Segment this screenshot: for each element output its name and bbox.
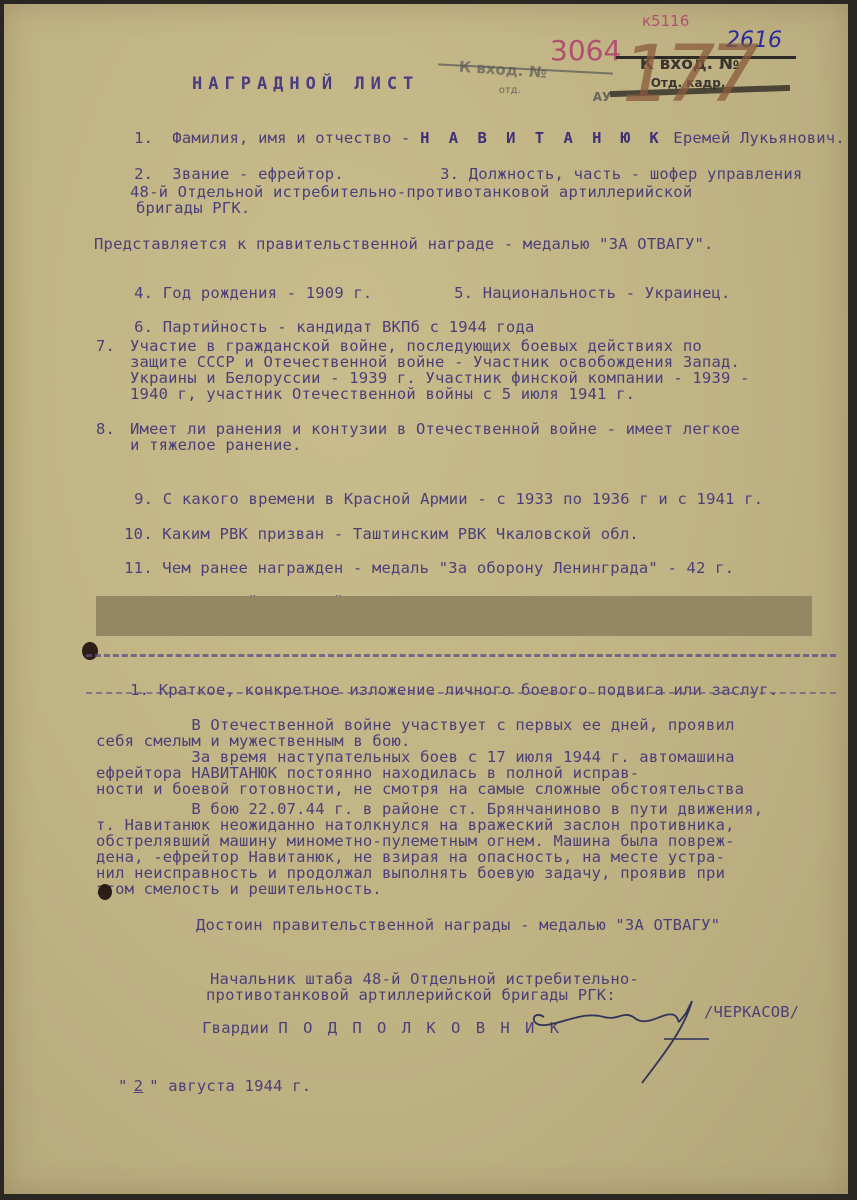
worthy-line: Достоин правительственной награды - меда… (196, 917, 720, 933)
narrative-line: За время наступательных боев с 17 июля 1… (96, 749, 735, 765)
item-8-num: 8. (96, 421, 115, 437)
presented-line: Представляется к правительственной награ… (94, 236, 714, 252)
narrative-line: т. Навитанюк неожиданно натолкнулся на в… (96, 817, 735, 833)
narrative-line: себя смелым и мужественным в бою. (96, 733, 411, 749)
narrative-line: В Отечественной войне участвует с первых… (96, 717, 735, 733)
section-heading: 1. Краткое, конкретное изложение личного… (92, 666, 778, 714)
redacted-address-block (96, 596, 812, 636)
rank-line: Гвардии П О Д П О Л К О В Н И К (164, 1004, 562, 1052)
page-title: НАГРАДНОЙ ЛИСТ (192, 76, 419, 92)
item-7-num: 7. (96, 338, 115, 354)
stamp-number-left: 3064 (550, 34, 621, 67)
separator-line (86, 654, 836, 657)
stamp-top-note: к5116 (642, 12, 689, 30)
item-7-line: Участие в гражданской войне, последующих… (130, 338, 702, 354)
punch-hole (82, 642, 98, 660)
narrative-line: ности и боевой готовности, не смотря на … (96, 781, 744, 797)
punch-hole (98, 884, 112, 900)
item-8-line: Имеет ли ранения и контузии в Отечествен… (130, 421, 740, 437)
stamp-sub-au: АУ (576, 76, 611, 118)
narrative-line: этом смелость и решительность. (96, 881, 382, 897)
item-7-line: Украины и Белоруссии - 1939 г. Участник … (130, 370, 750, 386)
document-page: К вход. № 3064 отд. АУ К вход. № 2616 к5… (4, 4, 848, 1194)
narrative-line: нил неисправность и продолжал выполнять … (96, 865, 725, 881)
item-3-cont: 48-й Отдельной истребительно-противотанк… (130, 184, 692, 200)
item-7-line: 1940 г, участник Отечественной войны с 5… (130, 386, 635, 402)
narrative-line: В бою 22.07.44 г. в районе ст. Брянчанин… (96, 801, 763, 817)
item-7-line: защите СССР и Отечественной войне - Учас… (130, 354, 740, 370)
large-handwritten-number: 177 (622, 30, 753, 120)
narrative-line: ефрейтора НАВИТАНЮК постоянно находилась… (96, 765, 639, 781)
date-day: 2 (128, 1077, 150, 1095)
stamp-sub-left: отд. (486, 74, 521, 107)
signatory-name: /ЧЕРКАСОВ/ (704, 1004, 799, 1020)
item-3-cont2: бригады РГК. (136, 200, 250, 216)
surname: Н А В И Т А Н Ю К (420, 129, 664, 147)
narrative-line: обстрелявший машину минометно-пулеметным… (96, 833, 735, 849)
item-8-line: и тяжелое ранение. (130, 437, 302, 453)
handwritten-signature (524, 999, 714, 1089)
signature-block-line: Начальник штаба 48-й Отдельной истребите… (210, 971, 639, 987)
separator-line (86, 692, 836, 694)
narrative-line: дена, -ефрейтор Навитанюк, не взирая на … (96, 849, 725, 865)
date-line: "2" августа 1944 г. (80, 1062, 311, 1110)
